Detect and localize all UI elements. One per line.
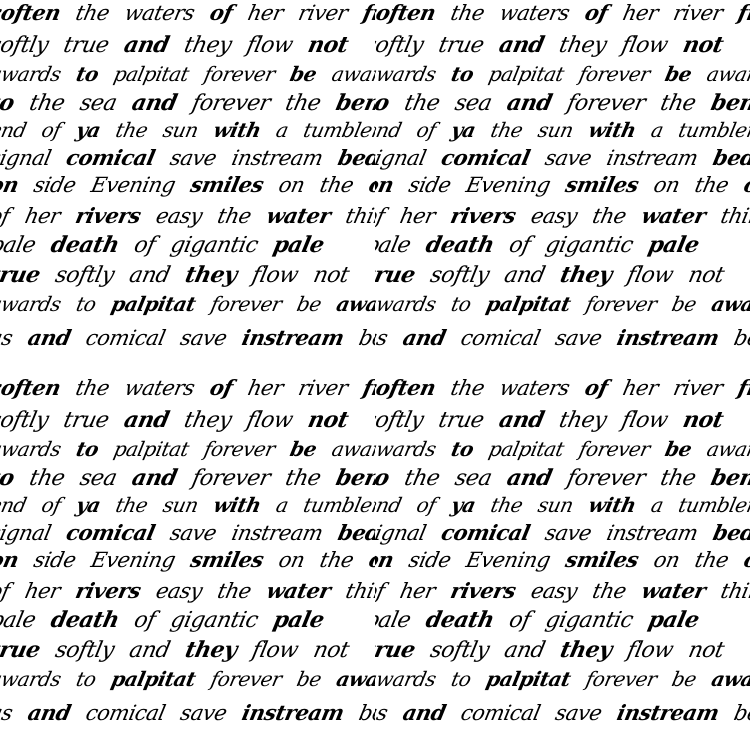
- handwritten-word: things,: [344, 579, 375, 603]
- handwritten-word: signal: [375, 146, 428, 170]
- handwritten-word: of: [39, 118, 63, 142]
- handwritten-word: the: [449, 1, 487, 25]
- handwritten-word: on: [652, 548, 682, 572]
- handwritten-word: comical: [459, 701, 543, 725]
- handwritten-word: pale: [0, 608, 38, 633]
- handwritten-word: gigantic: [168, 608, 260, 633]
- handwritten-word: forever: [584, 667, 659, 691]
- handwritten-word: as: [375, 701, 390, 725]
- handwritten-word: other: [742, 547, 750, 572]
- handwritten-word: comical: [64, 520, 157, 545]
- handwritten-line: paledeathofgiganticpale: [375, 607, 717, 633]
- handwritten-word: awards: [375, 437, 438, 461]
- handwritten-word: the: [489, 493, 525, 517]
- handwritten-word: of: [39, 493, 63, 517]
- handwritten-word: and: [130, 465, 180, 491]
- handwritten-word: awards: [0, 437, 63, 461]
- handwritten-word: ya: [74, 493, 103, 517]
- handwritten-word: flow: [250, 263, 301, 288]
- handwritten-word: side: [32, 173, 78, 197]
- handwritten-word: death: [424, 607, 497, 633]
- handwritten-word: end: [0, 493, 29, 517]
- handwritten-word: and: [26, 700, 73, 725]
- handwritten-word: true: [0, 637, 43, 663]
- handwritten-word: pale: [271, 607, 327, 633]
- handwritten-line: truesoftlyandtheyflownot: [0, 262, 367, 288]
- handwritten-word: true: [61, 33, 111, 58]
- handwritten-word: forever: [202, 62, 277, 86]
- handwritten-word: to: [74, 667, 98, 691]
- handwritten-line: awardstopalpitatforeverbeawards: [0, 292, 375, 316]
- handwritten-word: rivers: [448, 578, 518, 603]
- handwritten-word: her: [246, 1, 286, 25]
- handwritten-word: awards: [375, 62, 438, 86]
- handwritten-word: things,: [719, 579, 750, 603]
- handwritten-word: and: [505, 90, 555, 116]
- handwritten-line: endofyathesunwithatumblerred: [375, 118, 750, 142]
- handwritten-word: comical: [64, 145, 157, 170]
- handwritten-word: save: [178, 701, 229, 725]
- handwritten-word: awards: [705, 437, 750, 461]
- handwritten-word: on: [277, 548, 307, 572]
- handwritten-word: bed: [336, 145, 375, 170]
- handwritten-word: tumbler: [676, 493, 750, 517]
- handwritten-word: the: [658, 466, 698, 491]
- handwritten-word: easy: [154, 579, 205, 603]
- handwritten-line: endofyathesunwithatumblerred: [0, 118, 375, 142]
- handwritten-word: signal: [0, 146, 53, 170]
- handwritten-word: instream: [240, 700, 346, 725]
- handwritten-word: to: [74, 62, 101, 86]
- handwritten-word: they: [182, 408, 234, 433]
- handwritten-word: awards: [0, 667, 63, 691]
- handwritten-word: they: [558, 637, 614, 663]
- handwritten-word: they: [558, 262, 614, 288]
- handwritten-line: signalcomicalsaveinstreambed: [0, 520, 375, 545]
- handwritten-word: free: [361, 375, 375, 400]
- handwritten-word: flow: [250, 638, 301, 663]
- handwritten-word: on: [375, 547, 396, 572]
- handwritten-word: flow: [625, 638, 676, 663]
- handwritten-word: of: [414, 118, 438, 142]
- handwritten-word: Evening: [464, 548, 552, 572]
- handwritten-word: signal: [375, 521, 428, 545]
- handwritten-word: comical: [84, 326, 168, 350]
- handwritten-word: bed: [732, 701, 750, 725]
- handwritten-word: free: [736, 0, 750, 25]
- handwritten-word: forever: [209, 667, 284, 691]
- handwritten-word: to: [449, 437, 476, 461]
- handwritten-word: forever: [565, 466, 648, 491]
- handwritten-word: be: [663, 62, 694, 86]
- handwritten-word: death: [49, 232, 122, 258]
- handwritten-word: as: [0, 701, 15, 725]
- handwritten-word: palpitat: [487, 437, 566, 461]
- handwritten-line: awardstopalpitatforeverbeawards: [375, 292, 750, 316]
- handwritten-word: palpitat: [484, 667, 573, 691]
- handwritten-word: as: [0, 326, 15, 350]
- handwritten-line: awardstopalpitatforeverbeawards: [0, 667, 375, 691]
- handwritten-word: palpitat: [112, 62, 191, 86]
- handwritten-word: the: [74, 1, 112, 25]
- handwritten-word: awards: [709, 667, 750, 691]
- handwritten-line: totheseaandforeverthebeneathto: [375, 465, 750, 491]
- handwritten-word: the: [74, 376, 112, 400]
- handwritten-word: save: [553, 701, 604, 725]
- handwritten-word: true: [436, 408, 486, 433]
- handwritten-word: comical: [439, 145, 532, 170]
- handwritten-word: softly: [428, 638, 491, 663]
- handwritten-word: of: [583, 375, 610, 400]
- handwritten-word: as: [375, 326, 390, 350]
- handwritten-word: of: [507, 608, 533, 633]
- handwritten-word: of: [208, 0, 235, 25]
- handwritten-word: of: [414, 493, 438, 517]
- handwritten-line: onsideEveningsmilesontheother: [375, 547, 750, 572]
- handwritten-word: forever: [190, 466, 273, 491]
- handwritten-line: asandcomicalsaveinstreambed: [375, 325, 750, 350]
- handwritten-word: and: [401, 325, 448, 350]
- handwritten-word: river: [296, 1, 350, 25]
- handwritten-word: forever: [209, 292, 284, 316]
- handwritten-line: signalcomicalsaveinstreambed: [375, 520, 750, 545]
- handwritten-word: her: [398, 579, 438, 603]
- handwritten-word: true: [375, 262, 418, 288]
- handwritten-word: the: [489, 118, 525, 142]
- handwritten-word: not: [681, 407, 726, 433]
- handwritten-word: softly: [0, 408, 51, 433]
- handwritten-word: death: [424, 232, 497, 258]
- handwritten-word: not: [681, 32, 726, 58]
- handwritten-word: with: [586, 118, 638, 142]
- handwritten-word: sea: [453, 466, 494, 491]
- handwritten-word: be: [288, 437, 319, 461]
- handwritten-word: tumbler: [301, 493, 375, 517]
- handwritten-line: endofyathesunwithatumblerred: [375, 493, 750, 517]
- handwritten-word: her: [621, 1, 661, 25]
- handwritten-word: and: [127, 638, 172, 663]
- handwritten-word: gigantic: [543, 608, 635, 633]
- handwritten-word: be: [295, 292, 324, 316]
- handwritten-line: asandcomicalsaveinstreambed: [0, 325, 375, 350]
- handwriting-tile-top-left: softenthewatersofherriverfreeinsoftensof…: [0, 0, 375, 375]
- handwritten-word: other: [367, 172, 375, 197]
- handwritten-word: be: [670, 292, 699, 316]
- handwritten-word: the: [590, 204, 628, 228]
- handwritten-word: sea: [78, 91, 119, 116]
- handwritten-word: water: [639, 203, 708, 228]
- handwritten-word: awards: [375, 292, 438, 316]
- handwritten-word: the: [402, 466, 442, 491]
- handwritten-word: true: [375, 637, 418, 663]
- handwritten-word: not: [311, 638, 351, 663]
- handwritten-word: not: [306, 32, 351, 58]
- handwritten-word: true: [61, 408, 111, 433]
- handwritten-word: water: [264, 578, 333, 603]
- handwritten-word: softly: [0, 33, 51, 58]
- handwritten-word: with: [211, 493, 263, 517]
- handwritten-word: beneath: [709, 90, 750, 116]
- handwritten-word: bed: [711, 145, 750, 170]
- handwritten-word: soften: [0, 375, 63, 400]
- handwritten-word: side: [32, 548, 78, 572]
- handwritten-word: the: [693, 548, 731, 572]
- handwritten-word: they: [183, 262, 239, 288]
- handwritten-word: and: [26, 325, 73, 350]
- handwritten-word: and: [122, 32, 172, 58]
- handwritten-line: truesoftlyandtheyflownot: [375, 262, 742, 288]
- handwritten-word: easy: [529, 579, 580, 603]
- handwritten-word: awards: [330, 437, 375, 461]
- handwritten-line: awardstopalpitatforeverbeawards: [0, 437, 375, 461]
- handwritten-line: onsideEveningsmilesontheother: [0, 172, 375, 197]
- handwritten-word: on: [652, 173, 682, 197]
- handwritten-word: palpitat: [487, 62, 566, 86]
- handwritten-word: instream: [615, 325, 721, 350]
- handwritten-word: river: [296, 376, 350, 400]
- handwritten-word: pale: [271, 232, 327, 258]
- handwritten-word: instream: [230, 146, 325, 170]
- handwritten-word: of: [208, 375, 235, 400]
- handwritten-word: Evening: [89, 548, 177, 572]
- handwritten-word: easy: [154, 204, 205, 228]
- handwritten-line: paledeathofgiganticpale: [0, 607, 342, 633]
- handwritten-word: water: [264, 203, 333, 228]
- handwritten-word: death: [49, 607, 122, 633]
- handwritten-word: softly: [375, 408, 426, 433]
- handwritten-word: awards: [334, 292, 375, 316]
- handwritten-word: the: [114, 493, 150, 517]
- handwritten-word: Evening: [464, 173, 552, 197]
- handwritten-word: easy: [529, 204, 580, 228]
- handwritten-line: onsideEveningsmilesontheother: [375, 172, 750, 197]
- handwriting-tile-bottom-right: softenthewatersofherriverfreeinsoftensof…: [375, 375, 750, 750]
- handwritten-word: instream: [605, 146, 700, 170]
- handwritten-word: with: [586, 493, 638, 517]
- handwritten-line: softenthewatersofherriverfreeinsoften: [375, 375, 750, 400]
- handwritten-word: forever: [565, 91, 648, 116]
- handwritten-word: awards: [0, 62, 63, 86]
- handwritten-line: asandcomicalsaveinstreambed: [375, 700, 750, 725]
- handwritten-word: pale: [0, 233, 38, 258]
- handwritten-word: they: [557, 33, 609, 58]
- handwritten-word: be: [288, 62, 319, 86]
- handwritten-word: softly: [428, 263, 491, 288]
- handwritten-word: not: [686, 263, 726, 288]
- handwritten-word: soften: [375, 375, 438, 400]
- handwritten-word: comical: [439, 520, 532, 545]
- handwritten-line: softenthewatersofherriverfreeinsoften: [0, 375, 375, 400]
- handwritten-word: they: [557, 408, 609, 433]
- handwritten-word: bed: [357, 326, 375, 350]
- handwritten-line: paledeathofgiganticpale: [375, 232, 717, 258]
- handwritten-word: of: [507, 233, 533, 258]
- handwritten-word: the: [27, 91, 67, 116]
- handwritten-word: her: [246, 376, 286, 400]
- handwritten-word: signal: [0, 521, 53, 545]
- handwritten-word: and: [497, 407, 547, 433]
- handwritten-word: be: [663, 437, 694, 461]
- handwritten-line: awardstopalpitatforeverbeawards: [375, 667, 750, 691]
- handwritten-word: tumbler: [676, 118, 750, 142]
- handwritten-word: sun: [161, 493, 201, 517]
- handwritten-word: softly: [53, 638, 116, 663]
- handwritten-word: side: [407, 173, 453, 197]
- handwritten-word: gigantic: [543, 233, 635, 258]
- handwritten-line: truesoftlyandtheyflownot: [0, 637, 367, 663]
- handwritten-word: forever: [584, 292, 659, 316]
- handwritten-word: and: [122, 407, 172, 433]
- handwritten-word: not: [686, 638, 726, 663]
- handwritten-word: river: [671, 376, 725, 400]
- handwritten-word: beneath: [334, 90, 375, 116]
- handwritten-word: save: [543, 521, 594, 545]
- handwritten-line: asandcomicalsaveinstreambed: [0, 700, 375, 725]
- handwritten-word: the: [449, 376, 487, 400]
- handwritten-line: ofherriverseasythewaterthings,of: [0, 203, 375, 228]
- handwritten-word: ya: [449, 493, 478, 517]
- handwritten-word: free: [361, 0, 375, 25]
- handwritten-word: the: [27, 466, 67, 491]
- handwritten-word: with: [211, 118, 263, 142]
- handwritten-word: end: [375, 493, 404, 517]
- handwritten-word: palpitat: [109, 292, 198, 316]
- handwritten-word: sun: [536, 493, 576, 517]
- handwritten-word: sea: [78, 466, 119, 491]
- handwritten-word: to: [449, 667, 473, 691]
- handwritten-word: rivers: [73, 578, 143, 603]
- handwritten-word: instream: [230, 521, 325, 545]
- handwritten-word: a: [274, 493, 291, 517]
- handwritten-word: the: [402, 91, 442, 116]
- handwritten-word: palpitat: [109, 667, 198, 691]
- handwritten-word: instream: [605, 521, 700, 545]
- handwritten-word: beneath: [334, 465, 375, 491]
- handwritten-word: waters: [122, 1, 196, 25]
- handwritten-line: awardstopalpitatforeverbeawards: [375, 437, 750, 461]
- handwritten-word: awards: [0, 292, 63, 316]
- handwritten-line: truesoftlyandtheyflownot: [375, 637, 742, 663]
- handwritten-word: instream: [615, 700, 721, 725]
- handwritten-word: save: [168, 521, 219, 545]
- handwritten-word: bed: [711, 520, 750, 545]
- handwritten-line: softenthewatersofherriverfreeinsoften: [0, 0, 375, 25]
- handwritten-word: of: [375, 204, 387, 228]
- handwritten-word: waters: [497, 1, 571, 25]
- handwritten-word: be: [295, 667, 324, 691]
- handwritten-word: forever: [190, 91, 273, 116]
- handwritten-word: ya: [449, 118, 478, 142]
- handwritten-word: a: [649, 118, 666, 142]
- handwritten-word: rivers: [448, 203, 518, 228]
- handwritten-word: pale: [646, 232, 702, 258]
- handwritten-line: signalcomicalsaveinstreambed: [0, 145, 375, 170]
- handwritten-word: and: [401, 700, 448, 725]
- handwritten-word: pale: [375, 608, 413, 633]
- handwritten-line: softlytrueandtheyflownot: [0, 32, 367, 58]
- handwritten-word: the: [658, 91, 698, 116]
- handwritten-word: the: [318, 548, 356, 572]
- handwritten-word: and: [127, 263, 172, 288]
- handwritten-word: end: [0, 118, 29, 142]
- handwritten-word: Evening: [89, 173, 177, 197]
- handwritten-word: things,: [719, 204, 750, 228]
- handwritten-word: end: [375, 118, 404, 142]
- handwritten-word: on: [0, 172, 21, 197]
- handwritten-line: ofherriverseasythewaterthings,of: [0, 578, 375, 603]
- handwritten-word: they: [183, 637, 239, 663]
- handwritten-word: flow: [619, 33, 670, 58]
- handwritten-word: save: [168, 146, 219, 170]
- handwritten-word: the: [693, 173, 731, 197]
- handwritten-word: side: [407, 548, 453, 572]
- handwritten-word: her: [621, 376, 661, 400]
- handwritten-word: comical: [459, 326, 543, 350]
- handwritten-word: to: [0, 90, 17, 116]
- handwritten-word: smiles: [563, 547, 641, 572]
- handwritten-line: endofyathesunwithatumblerred: [0, 493, 375, 517]
- handwritten-word: flow: [625, 263, 676, 288]
- handwritten-word: and: [130, 90, 180, 116]
- handwritten-word: things,: [344, 204, 375, 228]
- handwritten-word: pale: [375, 233, 413, 258]
- handwritten-word: gigantic: [168, 233, 260, 258]
- handwritten-line: totheseaandforeverthebeneathto: [375, 90, 750, 116]
- handwritten-word: other: [367, 547, 375, 572]
- handwritten-word: flow: [244, 408, 295, 433]
- handwritten-word: palpitat: [112, 437, 191, 461]
- handwritten-word: save: [543, 146, 594, 170]
- handwritten-word: her: [398, 204, 438, 228]
- handwritten-word: the: [283, 466, 323, 491]
- handwritten-word: on: [0, 547, 21, 572]
- handwritten-word: true: [436, 33, 486, 58]
- handwritten-word: sea: [453, 91, 494, 116]
- handwritten-line: totheseaandforeverthebeneathto: [0, 465, 375, 491]
- handwritten-word: not: [306, 407, 351, 433]
- handwritten-word: and: [505, 465, 555, 491]
- handwritten-word: the: [114, 118, 150, 142]
- handwritten-word: awards: [334, 667, 375, 691]
- handwritten-word: waters: [122, 376, 196, 400]
- handwritten-word: the: [283, 91, 323, 116]
- handwritten-word: and: [497, 32, 547, 58]
- handwritten-word: instream: [240, 325, 346, 350]
- handwritten-word: of: [132, 233, 158, 258]
- handwritten-word: they: [182, 33, 234, 58]
- handwritten-word: to: [449, 62, 476, 86]
- handwriting-tile-bottom-left: softenthewatersofherriverfreeinsoftensof…: [0, 375, 375, 750]
- handwritten-word: tumbler: [301, 118, 375, 142]
- handwritten-word: rivers: [73, 203, 143, 228]
- handwritten-word: the: [318, 173, 356, 197]
- handwritten-word: to: [0, 465, 17, 491]
- handwritten-word: softly: [53, 263, 116, 288]
- handwritten-line: ofherriverseasythewaterthings,of: [375, 578, 750, 603]
- handwritten-line: ofherriverseasythewaterthings,of: [375, 203, 750, 228]
- handwritten-word: smiles: [188, 172, 266, 197]
- handwritten-word: forever: [202, 437, 277, 461]
- handwritten-word: comical: [84, 701, 168, 725]
- handwritten-word: softly: [375, 33, 426, 58]
- handwritten-line: softenthewatersofherriverfreeinsoften: [375, 0, 750, 25]
- handwritten-word: awards: [709, 292, 750, 316]
- handwritten-word: on: [277, 173, 307, 197]
- handwritten-word: ya: [74, 118, 103, 142]
- handwritten-word: save: [553, 326, 604, 350]
- handwritten-word: to: [74, 437, 101, 461]
- handwritten-word: other: [742, 172, 750, 197]
